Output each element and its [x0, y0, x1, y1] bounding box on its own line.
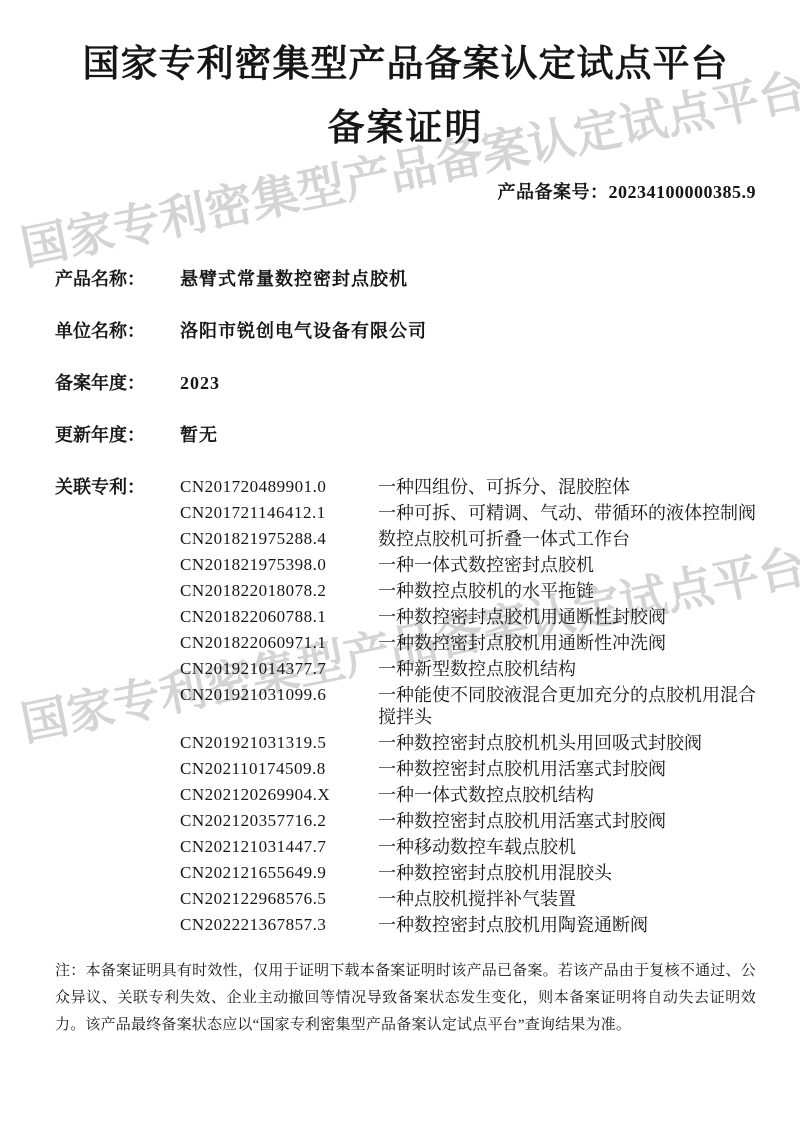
- patent-title: 一种移动数控车载点胶机: [378, 836, 756, 858]
- page-title: 国家专利密集型产品备案认定试点平台: [55, 42, 756, 88]
- patent-title: 一种数控密封点胶机机头用回吸式封胶阀: [378, 732, 756, 754]
- field-label: 更新年度：: [55, 424, 180, 446]
- patent-row: CN201721146412.1一种可拆、可精调、气动、带循环的液体控制阀: [180, 502, 756, 524]
- patent-number: CN202120357716.2: [180, 810, 378, 832]
- patent-number: CN202121031447.7: [180, 836, 378, 858]
- patent-title: 一种数控密封点胶机用通断性冲洗阀: [378, 632, 756, 654]
- field-row-record-year: 备案年度： 2023: [55, 372, 756, 394]
- field-label: 单位名称：: [55, 320, 180, 342]
- field-row-company-name: 单位名称： 洛阳市锐创电气设备有限公司: [55, 320, 756, 342]
- patent-row: CN202110174509.8一种数控密封点胶机用活塞式封胶阀: [180, 758, 756, 780]
- patent-title: 一种一体式数控密封点胶机: [378, 554, 756, 576]
- patent-row: CN201921031319.5一种数控密封点胶机机头用回吸式封胶阀: [180, 732, 756, 754]
- product-record-number: 产品备案号：20234100000385.9: [55, 178, 756, 204]
- patent-row: CN202221367857.3一种数控密封点胶机用陶瓷通断阀: [180, 914, 756, 936]
- field-label: 备案年度：: [55, 372, 180, 394]
- patent-title: 一种能使不同胶液混合更加充分的点胶机用混合搅拌头: [378, 684, 756, 728]
- patent-title: 一种数控密封点胶机用活塞式封胶阀: [378, 758, 756, 780]
- patent-title: 一种数控密封点胶机用通断性封胶阀: [378, 606, 756, 628]
- patent-title: 数控点胶机可折叠一体式工作台: [378, 528, 756, 550]
- patent-number: CN201720489901.0: [180, 476, 378, 498]
- patent-row: CN201921031099.6一种能使不同胶液混合更加充分的点胶机用混合搅拌头: [180, 684, 756, 728]
- patent-number: CN202110174509.8: [180, 758, 378, 780]
- patent-title: 一种数控密封点胶机用活塞式封胶阀: [378, 810, 756, 832]
- patent-list: CN201720489901.0一种四组份、可拆分、混胶腔体CN20172114…: [180, 476, 756, 940]
- certificate-page: 国家专利密集型产品备案认定试点平台 国家专利密集型产品备案认定试点平台 国家专利…: [0, 0, 800, 1132]
- patent-number: CN201821975398.0: [180, 554, 378, 576]
- patent-number: CN201921014377.7: [180, 658, 378, 680]
- field-row-update-year: 更新年度： 暂无: [55, 424, 756, 446]
- patent-title: 一种数控密封点胶机用混胶头: [378, 862, 756, 884]
- field-value: 暂无: [180, 424, 756, 446]
- patent-row: CN202121031447.7一种移动数控车载点胶机: [180, 836, 756, 858]
- field-value: 2023: [180, 372, 756, 394]
- patent-number: CN202121655649.9: [180, 862, 378, 884]
- field-value: 洛阳市锐创电气设备有限公司: [180, 320, 756, 342]
- patent-row: CN202121655649.9一种数控密封点胶机用混胶头: [180, 862, 756, 884]
- record-number-value: 20234100000385.9: [609, 182, 757, 202]
- patents-label: 关联专利：: [55, 476, 180, 940]
- patent-title: 一种点胶机搅拌补气装置: [378, 888, 756, 910]
- patent-row: CN201821975398.0一种一体式数控密封点胶机: [180, 554, 756, 576]
- patent-number: CN201921031099.6: [180, 684, 378, 728]
- record-number-label: 产品备案号：: [498, 182, 609, 202]
- patent-title: 一种四组份、可拆分、混胶腔体: [378, 476, 756, 498]
- patent-title: 一种数控密封点胶机用陶瓷通断阀: [378, 914, 756, 936]
- patent-row: CN201921014377.7一种新型数控点胶机结构: [180, 658, 756, 680]
- patent-number: CN201821975288.4: [180, 528, 378, 550]
- patent-title: 一种一体式数控点胶机结构: [378, 784, 756, 806]
- patent-number: CN201721146412.1: [180, 502, 378, 524]
- field-row-product-name: 产品名称： 悬臂式常量数控密封点胶机: [55, 268, 756, 290]
- patent-number: CN201921031319.5: [180, 732, 378, 754]
- patent-number: CN202221367857.3: [180, 914, 378, 936]
- patent-row: CN201822060788.1一种数控密封点胶机用通断性封胶阀: [180, 606, 756, 628]
- patent-number: CN201822018078.2: [180, 580, 378, 602]
- patent-number: CN202120269904.X: [180, 784, 378, 806]
- patent-row: CN201822018078.2一种数控点胶机的水平拖链: [180, 580, 756, 602]
- document-content: 国家专利密集型产品备案认定试点平台 备案证明 产品备案号：20234100000…: [0, 0, 800, 1039]
- patent-title: 一种新型数控点胶机结构: [378, 658, 756, 680]
- patent-number: CN202122968576.5: [180, 888, 378, 910]
- patent-row: CN202122968576.5一种点胶机搅拌补气装置: [180, 888, 756, 910]
- patent-row: CN201821975288.4数控点胶机可折叠一体式工作台: [180, 528, 756, 550]
- patent-title: 一种数控点胶机的水平拖链: [378, 580, 756, 602]
- patent-row: CN202120269904.X一种一体式数控点胶机结构: [180, 784, 756, 806]
- patent-title: 一种可拆、可精调、气动、带循环的液体控制阀: [378, 502, 756, 524]
- field-value: 悬臂式常量数控密封点胶机: [180, 268, 756, 290]
- patent-number: CN201822060788.1: [180, 606, 378, 628]
- patent-number: CN201822060971.1: [180, 632, 378, 654]
- field-label: 产品名称：: [55, 268, 180, 290]
- patent-row: CN202120357716.2一种数控密封点胶机用活塞式封胶阀: [180, 810, 756, 832]
- patent-row: CN201822060971.1一种数控密封点胶机用通断性冲洗阀: [180, 632, 756, 654]
- page-subtitle: 备案证明: [55, 106, 756, 152]
- field-list: 产品名称： 悬臂式常量数控密封点胶机 单位名称： 洛阳市锐创电气设备有限公司 备…: [55, 268, 756, 446]
- footnote: 注：本备案证明具有时效性，仅用于证明下载本备案证明时该产品已备案。若该产品由于复…: [55, 958, 756, 1039]
- patent-row: CN201720489901.0一种四组份、可拆分、混胶腔体: [180, 476, 756, 498]
- related-patents-section: 关联专利： CN201720489901.0一种四组份、可拆分、混胶腔体CN20…: [55, 476, 756, 940]
